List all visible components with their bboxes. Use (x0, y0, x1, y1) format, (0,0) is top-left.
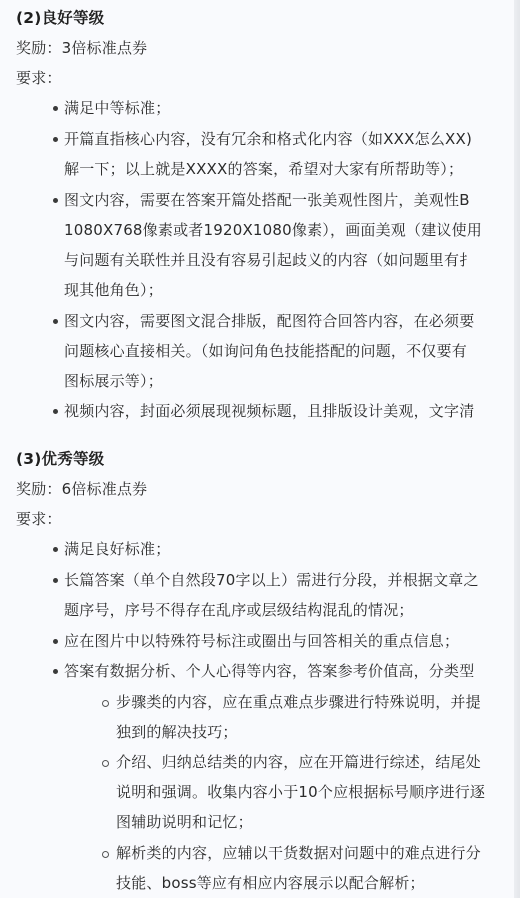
list-item: 视频内容，封面必须展现视频标题，且排版设计美观，文字清 (64, 401, 474, 421)
bullet-icon (53, 137, 58, 142)
document-page: (2)良好等级 奖励：3倍标准点券 要求： 满足中等标准； 开篇直指核心内容，没… (0, 0, 514, 898)
list-item-continuation: 题序号，序号不得存在乱序或层级结构混乱的情况； (64, 600, 414, 620)
bullet-icon (53, 319, 58, 324)
circle-bullet-icon (102, 760, 109, 767)
circle-bullet-icon (102, 851, 109, 858)
list-item-continuation: 解一下；以上就是XXXX的答案，希望对大家有所帮助等）； (64, 159, 463, 179)
sub-list-item-continuation: 独到的解决技巧； (116, 722, 238, 742)
sub-list-item: 解析类的内容，应辅以干货数据对问题中的难点进行分 (116, 843, 481, 863)
sub-list-item: 步骤类的内容，应在重点难点步骤进行特殊说明，并提 (116, 692, 481, 712)
section-heading-good: (2)良好等级 (16, 8, 104, 28)
sub-list-item-continuation: 图辅助说明和记忆； (116, 812, 253, 832)
reward-text-excellent: 奖励：6倍标准点券 (16, 479, 147, 499)
list-item-continuation: 现其他角色）； (64, 280, 163, 300)
circle-bullet-icon (102, 700, 109, 707)
section-heading-excellent: (3)优秀等级 (16, 449, 104, 469)
list-item-continuation: 与问题有关联性并且没有容易引起歧义的内容（如问题里有扌 (64, 250, 474, 270)
sub-list-item-continuation: 技能、boss等应有相应内容展示以配合解析； (116, 873, 425, 893)
list-item-continuation: 图标展示等）； (64, 371, 163, 391)
requirements-label-excellent: 要求： (16, 509, 62, 529)
list-item-continuation: 1080X768像素或者1920X1080像素），画面美观（建议使用 (64, 220, 482, 240)
bullet-icon (53, 106, 58, 111)
bullet-icon (53, 639, 58, 644)
list-item: 满足良好标准； (64, 539, 170, 559)
list-item: 长篇答案（单个自然段70字以上）需进行分段，并根据文章之 (64, 570, 479, 590)
list-item: 开篇直指核心内容，没有冗余和格式化内容（如XXX怎么XX) (64, 129, 472, 149)
list-item-continuation: 问题核心直接相关。（如询问角色技能搭配的问题，不仅要有 (64, 341, 467, 361)
list-item: 满足中等标准； (64, 98, 170, 118)
sub-list-item-continuation: 说明和强调。收集内容小于10个应根据标号顺序进行逐 (116, 782, 485, 802)
bullet-icon (53, 669, 58, 674)
reward-text-good: 奖励：3倍标准点券 (16, 38, 147, 58)
list-item: 图文内容，需要在答案开篇处搭配一张美观性图片，美观性B (64, 190, 470, 210)
requirements-label-good: 要求： (16, 68, 62, 88)
page-right-edge (514, 0, 520, 898)
list-item: 图文内容，需要图文混合排版，配图符合回答内容，在必须要 (64, 311, 474, 331)
list-item: 答案有数据分析、个人心得等内容，答案参考价值高，分类型 (64, 661, 474, 681)
bullet-icon (53, 198, 58, 203)
bullet-icon (53, 578, 58, 583)
bullet-icon (53, 409, 58, 414)
list-item: 应在图片中以特殊符号标注或圈出与回答相关的重点信息； (64, 631, 459, 651)
bullet-icon (53, 547, 58, 552)
sub-list-item: 介绍、归纳总结类的内容，应在开篇进行综述，结尾处 (116, 752, 481, 772)
